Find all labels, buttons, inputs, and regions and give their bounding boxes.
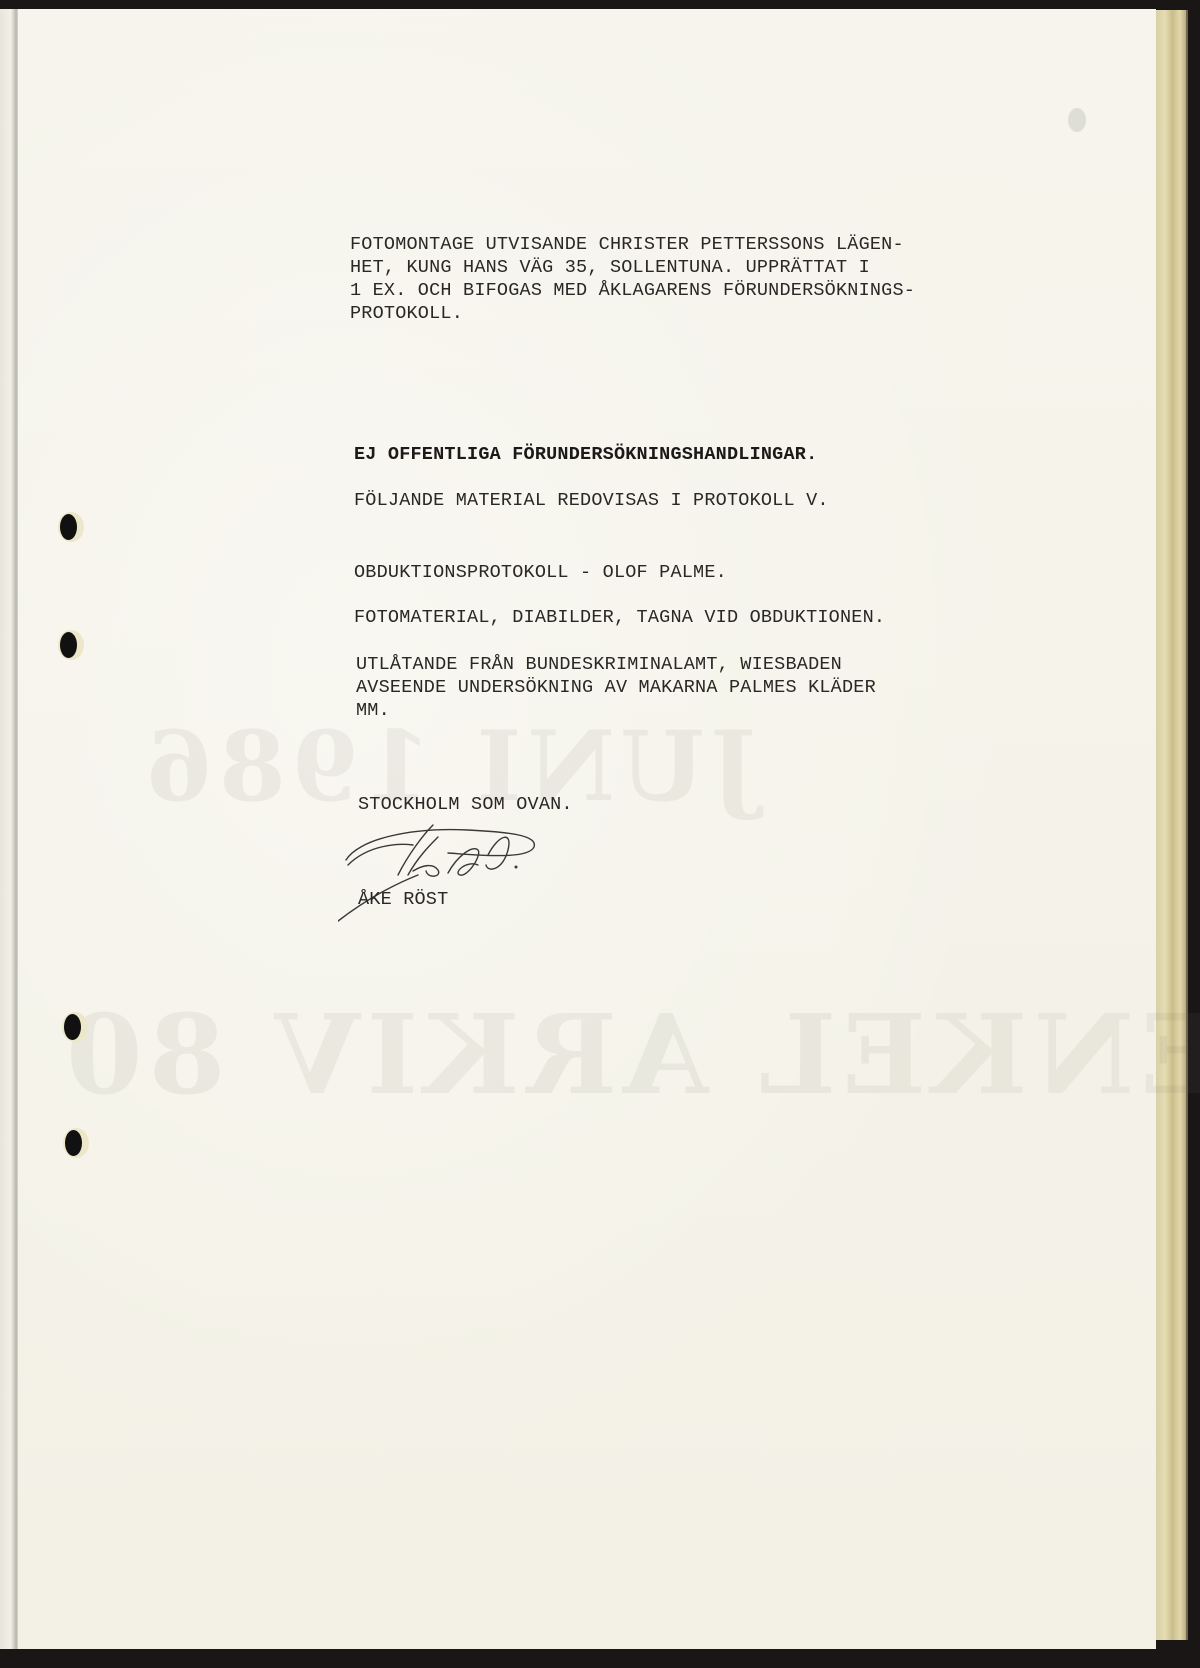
subheading: FÖLJANDE MATERIAL REDOVISAS I PROTOKOLL … — [354, 489, 829, 512]
punch-hole-icon — [58, 512, 84, 542]
punch-hole-icon — [58, 630, 84, 660]
page-edge-right — [1156, 10, 1188, 1640]
place-line: STOCKHOLM SOM OVAN. — [358, 793, 573, 816]
list-item: FOTOMATERIAL, DIABILDER, TAGNA VID OBDUK… — [354, 606, 885, 629]
punch-hole-icon — [62, 1012, 88, 1042]
intro-line: HET, KUNG HANS VÄG 35, SOLLENTUNA. UPPRÄ… — [350, 256, 870, 279]
list-item: MM. — [356, 699, 390, 722]
heading: EJ OFFENTLIGA FÖRUNDERSÖKNINGSHANDLINGAR… — [354, 443, 817, 466]
intro-line: 1 EX. OCH BIFOGAS MED ÅKLAGARENS FÖRUNDE… — [350, 279, 915, 302]
list-item: UTLÅTANDE FRÅN BUNDESKRIMINALAMT, WIESBA… — [356, 653, 842, 676]
signatory-name: ÅKE RÖST — [358, 888, 448, 911]
page-edge-left — [0, 9, 18, 1649]
paper-smudge — [1068, 108, 1086, 132]
list-item: AVSEENDE UNDERSÖKNING AV MAKARNA PALMES … — [356, 676, 876, 699]
intro-line: FOTOMONTAGE UTVISANDE CHRISTER PETTERSSO… — [350, 233, 904, 256]
punch-hole-icon — [63, 1128, 89, 1158]
intro-line: PROTOKOLL. — [350, 302, 463, 325]
list-item: OBDUKTIONSPROTOKOLL - OLOF PALME. — [354, 561, 727, 584]
bleed-through-text: ENKEL ARKIV 80 — [60, 990, 1200, 1119]
